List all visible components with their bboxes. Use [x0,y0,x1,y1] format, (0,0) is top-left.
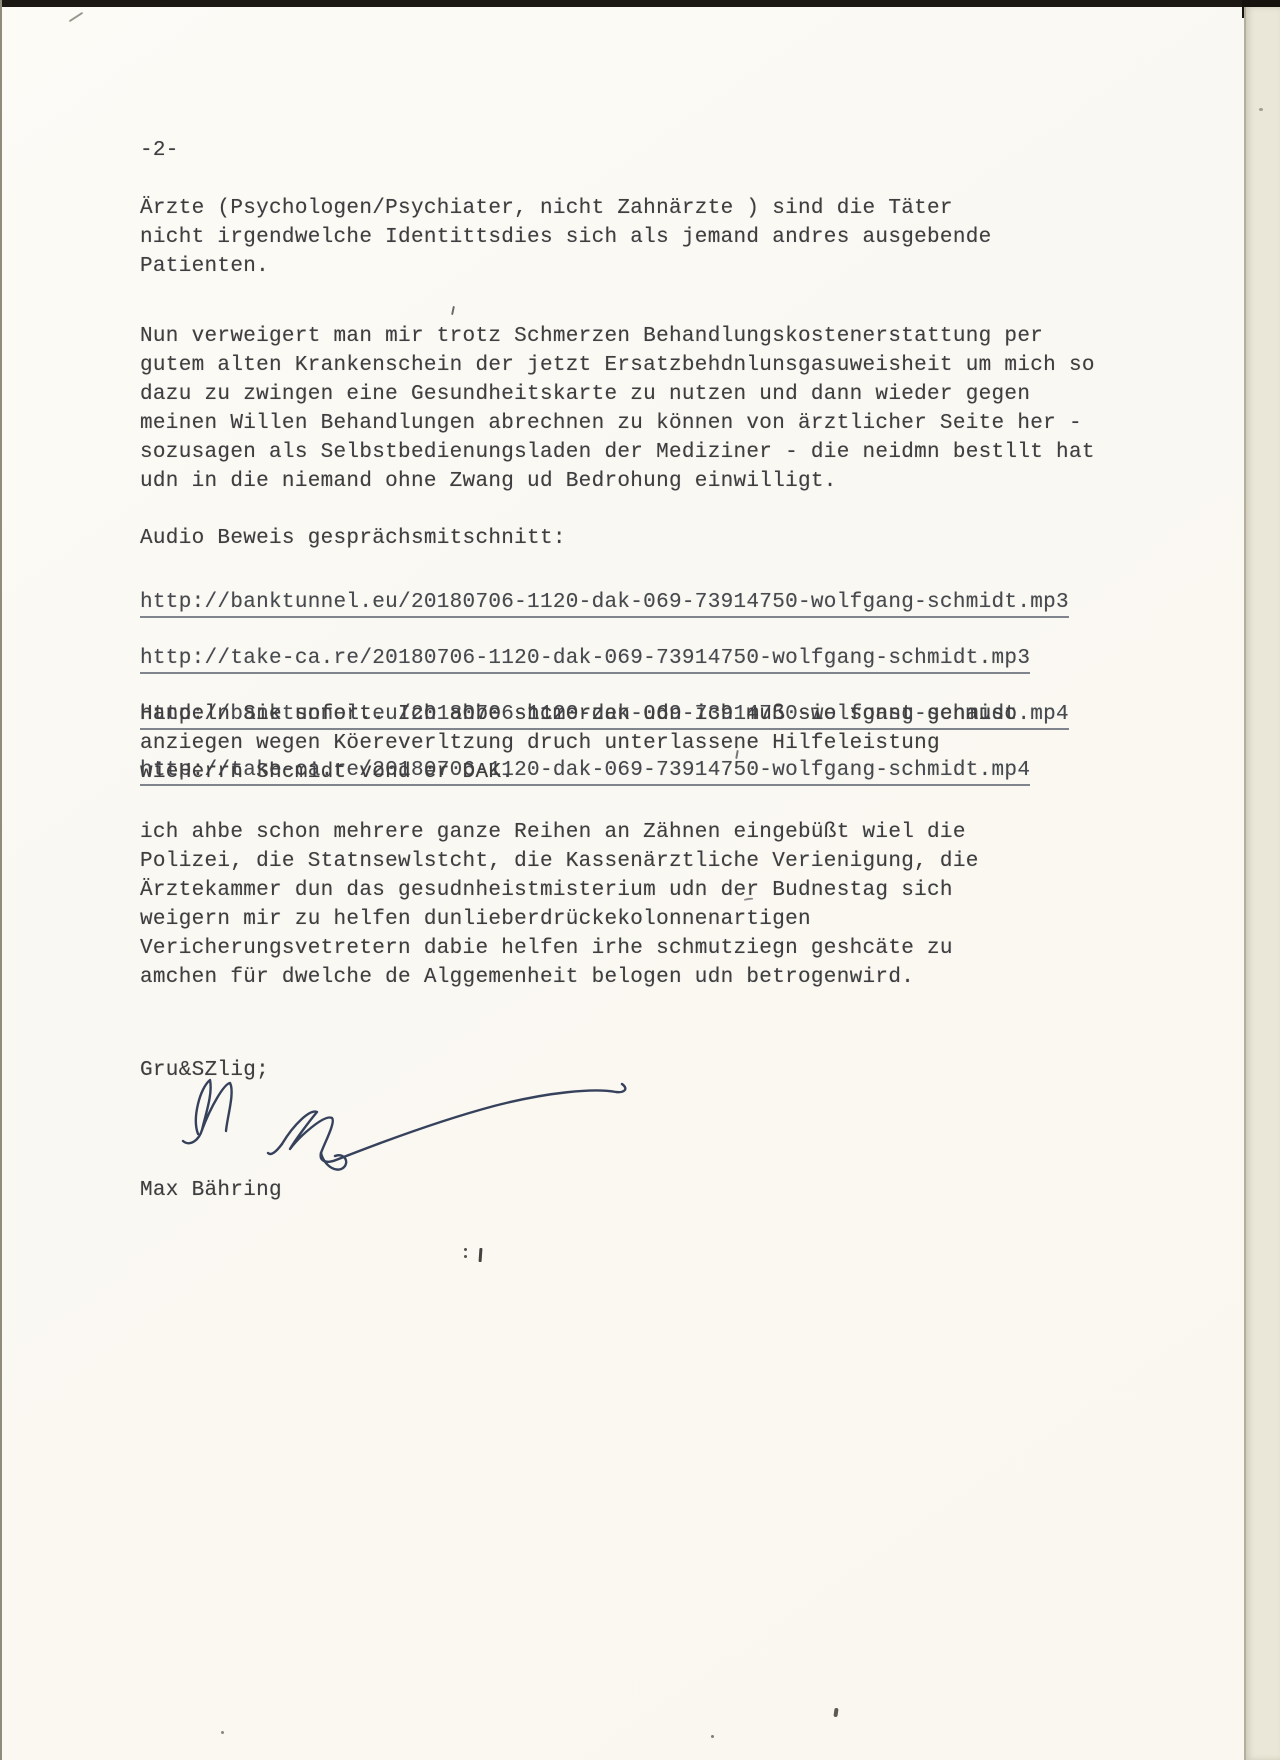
ink-speck [711,1735,714,1738]
audio-link-mp3-banktunnel: http://banktunnel.eu/20180706-1120-dak-0… [140,589,1069,618]
ink-speck [479,1248,483,1262]
sender-name: Max Bähring [140,1176,282,1205]
scanner-background-strip [1244,7,1280,1760]
handwritten-signature [150,1052,690,1192]
pen-tick-mark [69,12,84,22]
scan-border-top [0,0,1280,7]
paragraph-act-now: Handeln Sie sofort. Ich ahbe shcmerzen u… [140,700,1017,787]
paragraph-teeth-complaint: ich ahbe schon mehrere ganze Reihen an Z… [140,818,979,992]
ink-speck [221,1731,224,1734]
scanned-letter-page: -2- Ärzte (Psychologen/Psychiater, nicht… [0,0,1280,1760]
scan-border-left [0,0,2,1760]
audio-evidence-heading: Audio Beweis gesprächsmitschnitt: [140,524,566,553]
ink-speck [464,1248,467,1251]
audio-link-mp3-takecare: http://take-ca.re/20180706-1120-dak-069-… [140,645,1030,674]
ink-speck [451,306,455,315]
page-number: -2- [140,136,179,165]
paragraph-refusal: Nun verweigert man mir trotz Schmerzen B… [140,322,1095,496]
paragraph-perpetrators: Ärzte (Psychologen/Psychiater, nicht Zah… [140,194,992,281]
ink-speck [833,1708,838,1717]
